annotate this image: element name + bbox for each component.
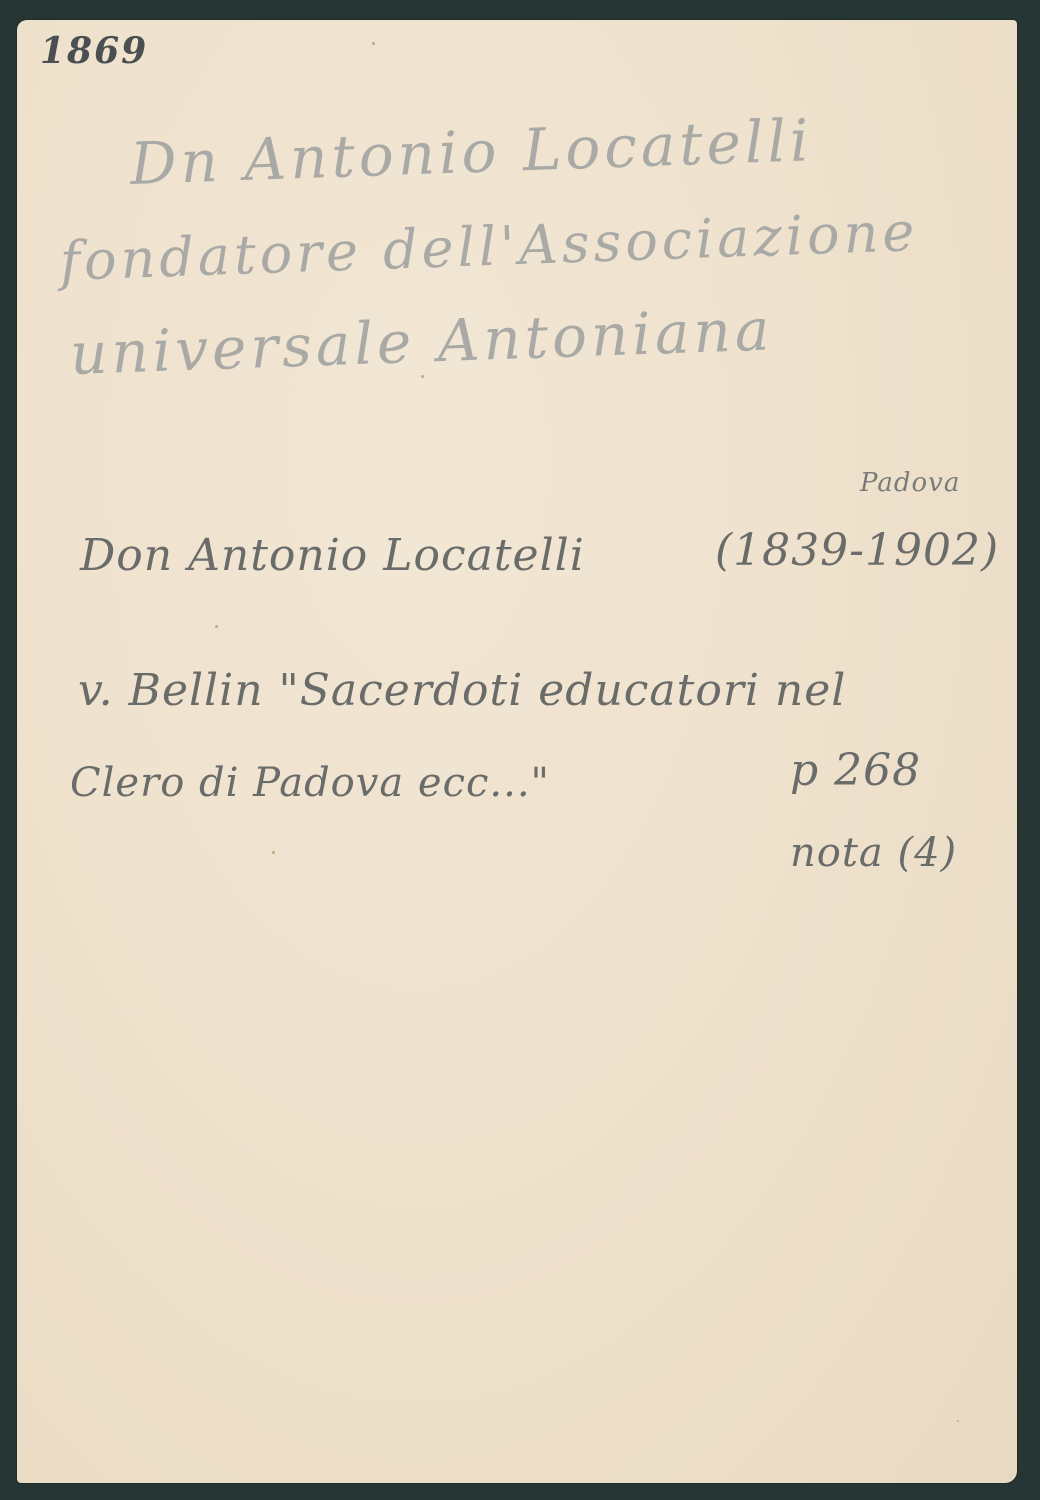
subject-place: Padova <box>860 468 960 498</box>
subject-dates: (1839-1902) <box>715 525 999 576</box>
paper-speck <box>272 851 275 854</box>
reference-page: p 268 <box>790 745 921 796</box>
paper-speck <box>215 625 218 628</box>
catalog-number: 1869 <box>40 30 148 72</box>
paper-speck <box>372 42 375 45</box>
paper-speck <box>957 1420 959 1422</box>
reference-line-2: Clero di Padova ecc..." <box>70 760 550 806</box>
subject-name: Don Antonio Locatelli <box>80 530 585 581</box>
reference-note: nota (4) <box>790 830 957 876</box>
reference-line-1: v. Bellin "Sacerdoti educatori nel <box>78 665 846 716</box>
